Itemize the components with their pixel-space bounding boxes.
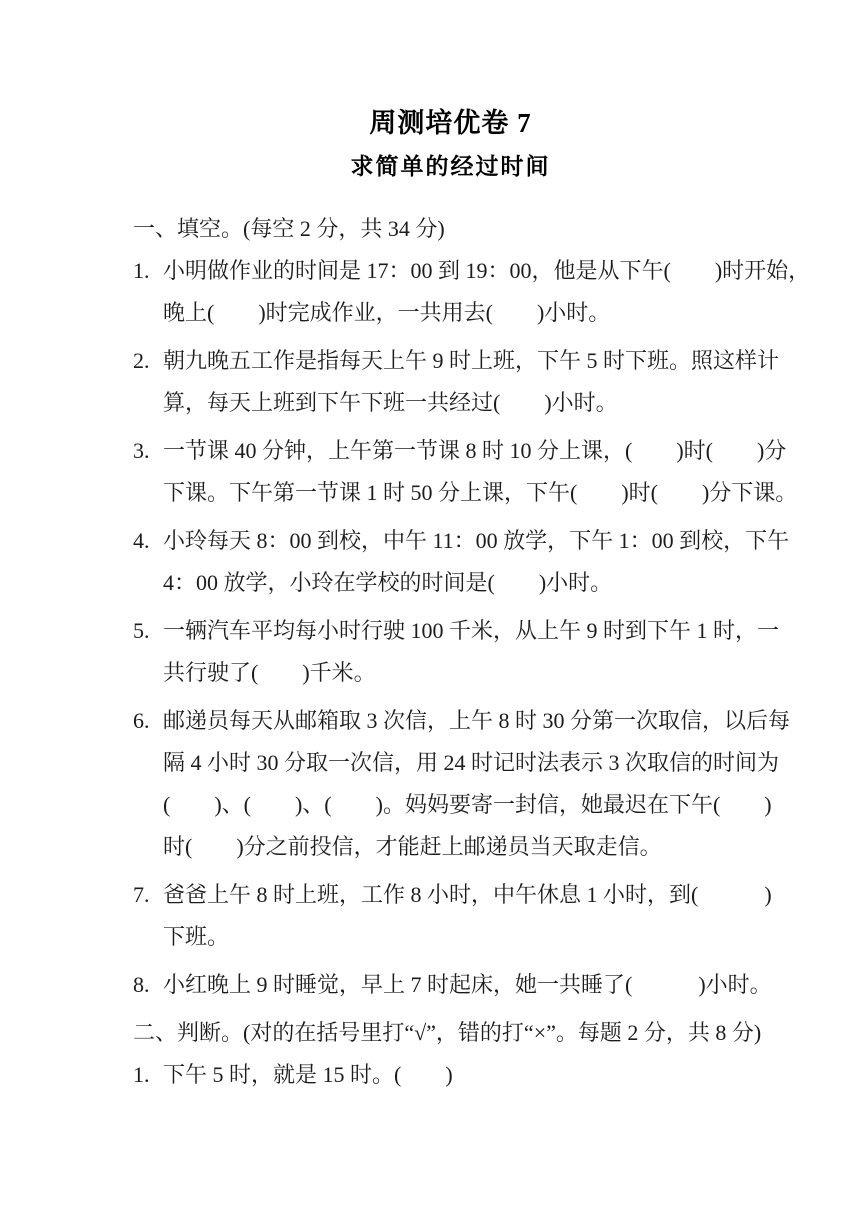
question-8: 8.小红晚上 9 时睡觉，早上 7 时起床，她一共睡了( )小时。 [133, 964, 768, 1006]
question-7-number: 7. [133, 874, 163, 916]
question-4-text-line-2: 4：00 放学，小玲在学校的时间是( )小时。 [163, 562, 768, 604]
question-6-text-line-1: 邮递员每天从邮箱取 3 次信，上午 8 时 30 分第一次取信，以后每 [163, 708, 790, 733]
question-line: 8.小红晚上 9 时睡觉，早上 7 时起床，她一共睡了( )小时。 [133, 964, 768, 1006]
question-line: 4.小玲每天 8：00 到校，中午 11：00 放学，下午 1：00 到校，下午 [133, 520, 768, 562]
question-line: 1.小明做作业的时间是 17：00 到 19：00，他是从下午( )时开始， [133, 250, 768, 292]
question-3: 3.一节课 40 分钟，上午第一节课 8 时 10 分上课，( )时( )分 下… [133, 430, 768, 514]
question-2-text-line-1: 朝九晚五工作是指每天上午 9 时上班，下午 5 时下班。照这样计 [163, 348, 779, 373]
question-7: 7.爸爸上午 8 时上班，工作 8 小时，中午休息 1 小时，到( ) 下班。 [133, 874, 768, 958]
question-3-text-line-1: 一节课 40 分钟，上午第一节课 8 时 10 分上课，( )时( )分 [163, 438, 786, 463]
question-line: 2.朝九晚五工作是指每天上午 9 时上班，下午 5 时下班。照这样计 [133, 340, 768, 382]
question-6-text-line-4: 时( )分之前投信，才能赶上邮递员当天取走信。 [163, 826, 768, 868]
question-4-number: 4. [133, 520, 163, 562]
question-5: 5.一辆汽车平均每小时行驶 100 千米，从上午 9 时到下午 1 时，一 共行… [133, 610, 768, 694]
question-7-text-line-1: 爸爸上午 8 时上班，工作 8 小时，中午休息 1 小时，到( ) [163, 882, 772, 907]
question-line: 3.一节课 40 分钟，上午第一节课 8 时 10 分上课，( )时( )分 [133, 430, 768, 472]
worksheet-page: 周测培优卷 7 求简单的经过时间 一、填空。(每空 2 分，共 34 分) 1.… [0, 0, 868, 1227]
question-3-number: 3. [133, 430, 163, 472]
question-line: 1.下午 5 时，就是 15 时。( ) [133, 1054, 768, 1096]
question-2-text-line-2: 算，每天上班到下午下班一共经过( )小时。 [163, 382, 768, 424]
worksheet-title: 周测培优卷 7 [133, 108, 768, 138]
question-5-number: 5. [133, 610, 163, 652]
question-2-number: 2. [133, 340, 163, 382]
question-5-text-line-1: 一辆汽车平均每小时行驶 100 千米，从上午 9 时到下午 1 时，一 [163, 618, 779, 643]
question-line: 7.爸爸上午 8 时上班，工作 8 小时，中午休息 1 小时，到( ) [133, 874, 768, 916]
question-1: 1.小明做作业的时间是 17：00 到 19：00，他是从下午( )时开始， 晚… [133, 250, 768, 334]
question-6-number: 6. [133, 700, 163, 742]
section-2-question-1-number: 1. [133, 1054, 163, 1096]
question-1-text-line-1: 小明做作业的时间是 17：00 到 19：00，他是从下午( )时开始， [163, 258, 810, 283]
question-3-text-line-2: 下课。下午第一节课 1 时 50 分上课，下午( )时( )分下课。 [163, 472, 768, 514]
section-2-question-1: 1.下午 5 时，就是 15 时。( ) [133, 1054, 768, 1096]
section-1-heading: 一、填空。(每空 2 分，共 34 分) [133, 208, 768, 250]
question-4-text-line-1: 小玲每天 8：00 到校，中午 11：00 放学，下午 1：00 到校，下午 [163, 528, 789, 553]
question-8-text-line-1: 小红晚上 9 时睡觉，早上 7 时起床，她一共睡了( )小时。 [163, 972, 772, 997]
question-1-number: 1. [133, 250, 163, 292]
worksheet-subtitle: 求简单的经过时间 [133, 154, 768, 180]
question-4: 4.小玲每天 8：00 到校，中午 11：00 放学，下午 1：00 到校，下午… [133, 520, 768, 604]
question-6-text-line-2: 隔 4 小时 30 分取一次信，用 24 时记时法表示 3 次取信的时间为 [163, 742, 768, 784]
question-6-text-line-3: ( )、( )、( )。妈妈要寄一封信，她最迟在下午( ) [163, 784, 768, 826]
worksheet-body: 一、填空。(每空 2 分，共 34 分) 1.小明做作业的时间是 17：00 到… [133, 208, 768, 1096]
question-2: 2.朝九晚五工作是指每天上午 9 时上班，下午 5 时下班。照这样计 算，每天上… [133, 340, 768, 424]
question-7-text-line-2: 下班。 [163, 916, 768, 958]
question-8-number: 8. [133, 964, 163, 1006]
question-1-text-line-2: 晚上( )时完成作业，一共用去( )小时。 [163, 292, 768, 334]
question-6: 6.邮递员每天从邮箱取 3 次信，上午 8 时 30 分第一次取信，以后每 隔 … [133, 700, 768, 868]
question-5-text-line-2: 共行驶了( )千米。 [163, 652, 768, 694]
section-2-heading: 二、判断。(对的在括号里打“√”，错的打“×”。每题 2 分，共 8 分) [133, 1012, 768, 1054]
section-2-question-1-text-line-1: 下午 5 时，就是 15 时。( ) [163, 1062, 453, 1087]
question-line: 5.一辆汽车平均每小时行驶 100 千米，从上午 9 时到下午 1 时，一 [133, 610, 768, 652]
question-line: 6.邮递员每天从邮箱取 3 次信，上午 8 时 30 分第一次取信，以后每 [133, 700, 768, 742]
